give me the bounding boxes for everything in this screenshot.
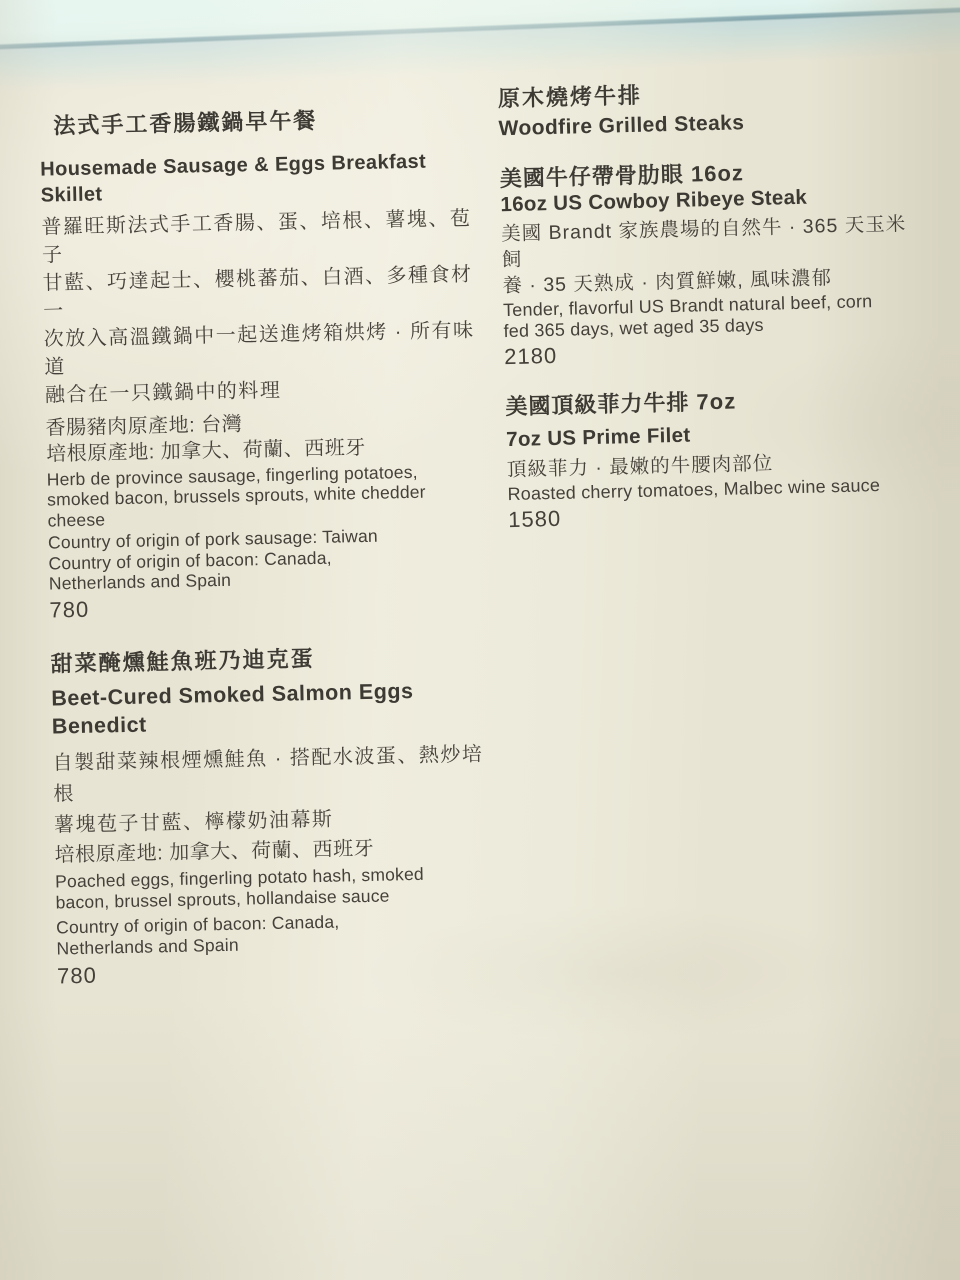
menu-section-salmon-benedict: 甜菜醃燻鮭魚班乃迪克蛋 Beet-Cured Smoked Salmon Egg…	[50, 643, 493, 988]
dish-description-zh: 自製甜菜辣根煙燻鮭魚 · 搭配水波蛋、熱炒培根 薯塊苞子甘藍、檸檬奶油幕斯	[52, 739, 490, 841]
dish-desc-zh-line: 次放入高溫鐵鍋中一起送進烤箱烘烤 · 所有味道	[43, 316, 480, 381]
origin-info-zh: 香腸豬肉原產地: 台灣 培根原產地: 加拿大、荷蘭、西班牙	[45, 406, 482, 467]
dish-title-zh: 甜菜醃燻鮭魚班乃迪克蛋	[50, 643, 486, 675]
menu-photo: 法式手工香腸鐵鍋早午餐 Housemade Sausage & Eggs Bre…	[0, 0, 960, 1280]
dish-desc-zh-line: 自製甜菜辣根煙燻鮭魚 · 搭配水波蛋、熱炒培根	[52, 739, 489, 810]
origin-info-en: Country of origin of bacon: Canada, Neth…	[56, 908, 493, 960]
dish-title-en: Beet-Cured Smoked Salmon Eggs Benedict	[51, 675, 488, 740]
dish-name-zh: 美國頂級菲力牛排 7oz	[505, 385, 929, 419]
dish-description-en: Herb de province sausage, fingerling pot…	[47, 460, 484, 531]
menu-section-sausage-skillet: 法式手工香腸鐵鍋早午餐 Housemade Sausage & Eggs Bre…	[39, 106, 486, 622]
menu-left-column: 法式手工香腸鐵鍋早午餐 Housemade Sausage & Eggs Bre…	[39, 88, 494, 988]
menu-right-column: 原木燒烤牛排 Woodfire Grilled Steaks 美國牛仔帶骨肋眼 …	[498, 77, 933, 532]
dish-name-en: 7oz US Prime Filet	[506, 418, 930, 452]
menu-item-prime-filet: 美國頂級菲力牛排 7oz 7oz US Prime Filet 頂級菲力 · 最…	[505, 385, 932, 532]
dish-description-zh: 美國 Brandt 家族農場的自然牛 · 365 天玉米飼 養 · 35 天熟成…	[501, 211, 927, 299]
dish-description-en: Poached eggs, fingerling potato hash, sm…	[55, 862, 492, 914]
dish-desc-zh-line: 甘藍、巧達起士、櫻桃蕃茄、白酒、多種食材一	[42, 260, 479, 325]
dish-title-zh: 法式手工香腸鐵鍋早午餐	[39, 106, 475, 138]
category-heading-en: Woodfire Grilled Steaks	[498, 107, 922, 141]
dish-title-en: Housemade Sausage & Eggs Breakfast Skill…	[40, 147, 477, 208]
dish-desc-zh-line: 普羅旺斯法式手工香腸、蛋、培根、薯塊、苞子	[41, 204, 478, 269]
dish-description-zh: 普羅旺斯法式手工香腸、蛋、培根、薯塊、苞子 甘藍、巧達起士、櫻桃蕃茄、白酒、多種…	[41, 204, 481, 409]
menu-item-cowboy-ribeye: 美國牛仔帶骨肋眼 16oz 16oz US Cowboy Ribeye Stea…	[500, 157, 929, 369]
origin-info-en: Country of origin of pork sausage: Taiwa…	[48, 523, 485, 594]
dish-price: 780	[49, 589, 485, 622]
dish-description-en: Tender, flavorful US Brandt natural beef…	[503, 290, 928, 342]
